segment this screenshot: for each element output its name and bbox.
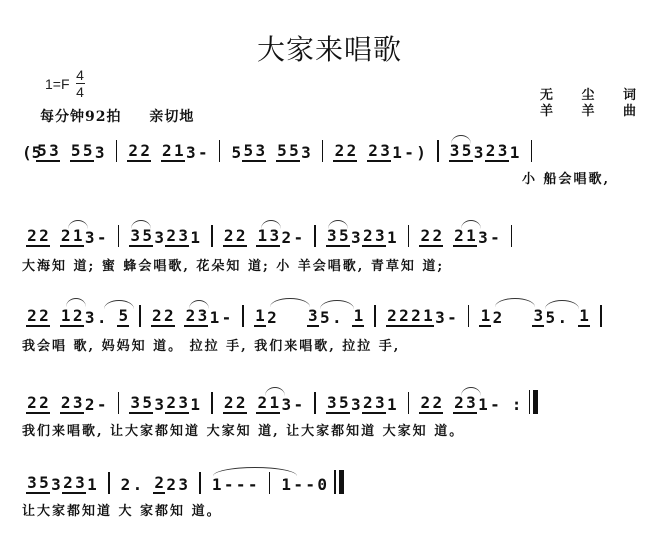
barline <box>242 305 244 327</box>
barline <box>211 392 213 414</box>
measure: 1--- <box>211 475 259 494</box>
measure: 353231 <box>449 141 521 162</box>
measure: 553 553 <box>230 141 312 162</box>
barline <box>211 225 213 247</box>
barline <box>219 140 221 162</box>
lyricist-credit: 无 尘 词 <box>540 88 648 104</box>
time-signature: 4 4 <box>76 68 85 99</box>
barline <box>511 225 513 247</box>
barline <box>374 305 376 327</box>
score-row-5: 353231 2. 223 1--- 1--0 让大家都知道 大 家都知 道。 <box>0 470 659 520</box>
barline <box>139 305 141 327</box>
measure: 22 132- <box>223 226 305 247</box>
barline <box>531 140 533 162</box>
measure: 22 213- <box>26 226 108 247</box>
measure: 22 231-) <box>333 141 427 162</box>
key-signature: 1=F 4 4 <box>45 68 85 99</box>
lyrics-line: 小 船会唱歌, <box>522 168 610 187</box>
tempo-marking: 每分钟92拍 亲切地 <box>40 106 216 126</box>
notation-line: 22 213- 353231 22 132- 353231 22 213- <box>26 225 522 247</box>
measure: 353231 <box>129 393 201 414</box>
lyrics-line: 让大家都知道 大 家都知 道。 <box>22 500 222 519</box>
measure: 22 213- <box>419 226 501 247</box>
measure: 353231 <box>326 226 398 247</box>
lyrics-line: 我会唱 歌, 妈妈知 道。 拉拉 手, 我们来唱歌, 拉拉 手, <box>22 335 400 354</box>
lyrics-line: 大海知 道; 蜜 蜂会唱歌, 花朵知 道; 小 羊会唱歌, 青草知 道; <box>22 255 444 274</box>
song-title: 大家来唱歌 <box>0 28 659 68</box>
tempo-speed: 每分钟92拍 <box>40 109 121 125</box>
final-barline-thick <box>339 470 344 494</box>
barline <box>468 305 470 327</box>
barline <box>408 392 410 414</box>
barline <box>437 140 439 162</box>
measure: 22 213- <box>223 393 305 414</box>
barline <box>408 225 410 247</box>
credits: 无 尘 词 羊 羊 曲 <box>540 88 648 120</box>
measure: 353231 <box>326 393 398 414</box>
final-barline <box>334 470 336 494</box>
measure: 12 35. 1 <box>254 306 365 327</box>
notation-line: 353231 2. 223 1--- 1--0 <box>26 470 344 494</box>
repeat-barline-thick <box>533 390 538 414</box>
barline <box>199 472 201 494</box>
tempo-expression: 亲切地 <box>149 109 194 125</box>
measure: 22 123. 5 <box>26 306 129 327</box>
barline <box>116 140 118 162</box>
barline <box>600 305 602 327</box>
barline <box>322 140 324 162</box>
measure: 353231 <box>26 473 98 494</box>
notation-line: (553 553 22 213- 553 553 22 231-) 353231 <box>22 140 542 162</box>
barline <box>314 392 316 414</box>
measure: 12 35. 1 <box>479 306 590 327</box>
measure: 22 231- : <box>419 393 522 414</box>
key-label: 1=F <box>45 76 70 92</box>
score-row-1: (553 553 22 213- 553 553 22 231-) 353231… <box>0 140 659 190</box>
barline <box>118 392 120 414</box>
measure: 2. 223 <box>120 473 190 494</box>
score-row-3: 22 123. 5 22 231- 12 35. 1 22213- 12 35.… <box>0 305 659 355</box>
measure: 353231 <box>129 226 201 247</box>
measure: 22213- <box>386 306 458 327</box>
measure: 22 232- <box>26 393 108 414</box>
lyrics-line: 我们来唱歌, 让大家都知道 大家知 道, 让大家都知道 大家知 道。 <box>22 420 464 439</box>
notation-line: 22 232- 353231 22 213- 353231 22 231- : <box>26 390 538 414</box>
composer-credit: 羊 羊 曲 <box>540 104 648 120</box>
notation-line: 22 123. 5 22 231- 12 35. 1 22213- 12 35.… <box>26 305 612 327</box>
measure: 22 231- <box>151 306 233 327</box>
measure: 22 213- <box>127 141 209 162</box>
barline <box>118 225 120 247</box>
score-row-2: 22 213- 353231 22 132- 353231 22 213- 大海… <box>0 225 659 275</box>
measure: (553 553 <box>22 141 106 162</box>
score-row-4: 22 232- 353231 22 213- 353231 22 231- : … <box>0 390 659 440</box>
measure: 1--0 <box>280 475 328 494</box>
repeat-barline <box>529 390 531 414</box>
barline <box>108 472 110 494</box>
barline <box>314 225 316 247</box>
